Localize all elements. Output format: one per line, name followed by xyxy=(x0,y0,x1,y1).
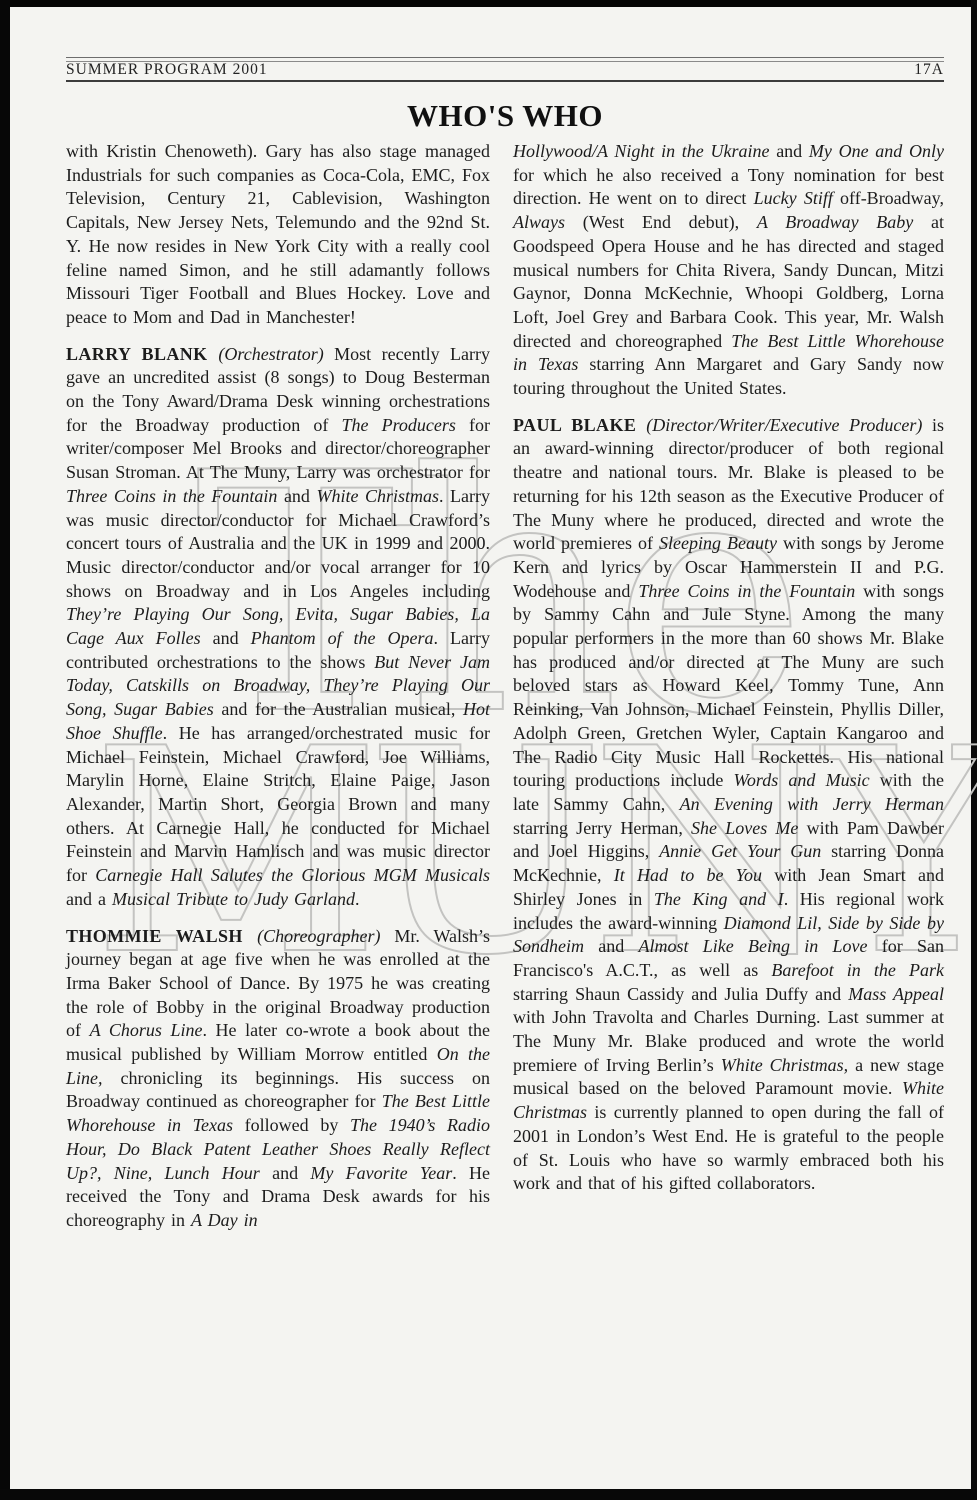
text-segment-normal: and xyxy=(769,141,808,161)
text-segment-italic: Three Coins in the Fountain xyxy=(66,486,277,506)
text-segment-normal: with Kristin Chenoweth). Gary has also s… xyxy=(66,141,490,327)
page-title: WHO'S WHO xyxy=(66,98,944,134)
text-segment-normal: off-Broadway, xyxy=(833,188,944,208)
text-segment-italic: The King and I xyxy=(654,889,784,909)
text-segment-italic: Lucky Stiff xyxy=(754,188,833,208)
scan-edge-left xyxy=(0,0,10,1500)
bio-paragraph-gary-continuation: with Kristin Chenoweth). Gary has also s… xyxy=(66,140,490,330)
text-segment-italic: White Christmas, xyxy=(721,1055,848,1075)
scan-edge-top xyxy=(0,0,977,7)
text-segment-italic: (Orchestrator) xyxy=(218,344,323,364)
text-segment-normal: and a xyxy=(66,889,112,909)
text-segment-italic: (Director/Writer/Executive Producer) xyxy=(646,415,922,435)
text-segment-italic: It Had to be You xyxy=(614,865,762,885)
bio-paragraph-paul-blake: PAUL BLAKE (Director/Writer/Executive Pr… xyxy=(513,414,944,1196)
text-segment-italic: (Choreographer) xyxy=(257,926,380,946)
running-header: SUMMER PROGRAM 2001 17A xyxy=(66,61,944,79)
text-segment-normal: and for the Australian musical, xyxy=(214,699,463,719)
scan-edge-bottom xyxy=(0,1489,977,1500)
text-segment-italic: She Loves Me xyxy=(691,818,798,838)
text-segment-italic: The Producers xyxy=(341,415,455,435)
program-name: SUMMER PROGRAM 2001 xyxy=(66,61,268,79)
text-segment-italic: Musical Tribute to Judy Garland xyxy=(112,889,355,909)
text-segment-normal: starring Shaun Cassidy and Julia Duffy a… xyxy=(513,984,848,1004)
text-segment-normal: starring Jerry Herman, xyxy=(513,818,691,838)
text-segment-bold: THOMMIE WALSH xyxy=(66,926,257,946)
page-number: 17A xyxy=(914,61,944,79)
text-segment-italic: Annie Get Your Gun xyxy=(659,841,821,861)
text-segment-italic: Always xyxy=(513,212,565,232)
text-segment-italic: Words and Music xyxy=(734,770,870,790)
text-segment-normal: with songs by Sammy Cahn and Jule Styne.… xyxy=(513,581,944,791)
bio-paragraph-larry-blank: LARRY BLANK (Orchestrator) Most recently… xyxy=(66,343,490,912)
text-segment-italic: My One and Only xyxy=(809,141,944,161)
text-segment-italic: Mass Appeal xyxy=(848,984,944,1004)
text-segment-italic: Three Coins in the Fountain xyxy=(638,581,855,601)
text-segment-normal: and xyxy=(277,486,316,506)
text-segment-italic: An Evening with Jerry Herman xyxy=(680,794,944,814)
text-segment-italic: Hollywood/A Night in the Ukraine xyxy=(513,141,769,161)
text-segment-normal: starring Ann Margaret and Gary Sandy now… xyxy=(513,354,944,398)
text-segment-italic: White Christmas xyxy=(316,486,439,506)
text-segment-normal: and xyxy=(201,628,251,648)
text-segment-italic: Barefoot in the Park xyxy=(771,960,944,980)
text-segment-italic: Carnegie Hall Salutes the Glorious MGM M… xyxy=(95,865,490,885)
left-column: with Kristin Chenoweth). Gary has also s… xyxy=(66,140,490,1233)
text-segment-italic: A Day in xyxy=(191,1210,258,1230)
text-segment-normal: . He has arranged/orchestrated music for… xyxy=(66,723,490,885)
bio-paragraph-walsh-continuation: Hollywood/A Night in the Ukraine and My … xyxy=(513,140,944,401)
text-segment-bold: PAUL BLAKE xyxy=(513,415,646,435)
text-segment-italic: Almost Like Being in Love xyxy=(639,936,868,956)
text-segment-normal: . xyxy=(355,889,360,909)
text-segment-normal: followed by xyxy=(233,1115,350,1135)
text-segment-italic: A Broadway Baby xyxy=(757,212,913,232)
header-rule-bottom xyxy=(66,80,944,82)
text-segment-italic: A Chorus Line xyxy=(90,1020,203,1040)
text-segment-normal: (West End debut), xyxy=(565,212,757,232)
text-segment-normal: and xyxy=(260,1163,311,1183)
text-segment-italic: My Favorite Year xyxy=(310,1163,452,1183)
text-segment-bold: LARRY BLANK xyxy=(66,344,218,364)
bio-paragraph-thommie-walsh: THOMMIE WALSH (Choreographer) Mr. Walsh’… xyxy=(66,925,490,1233)
text-segment-italic: Phantom of the Opera xyxy=(251,628,434,648)
right-column: Hollywood/A Night in the Ukraine and My … xyxy=(513,140,944,1196)
text-segment-normal: and xyxy=(584,936,639,956)
program-page: The MUNY SUMMER PROGRAM 2001 17A WHO'S W… xyxy=(0,0,977,1500)
scan-edge-right xyxy=(971,0,977,1500)
text-segment-italic: Sleeping Beauty xyxy=(659,533,777,553)
